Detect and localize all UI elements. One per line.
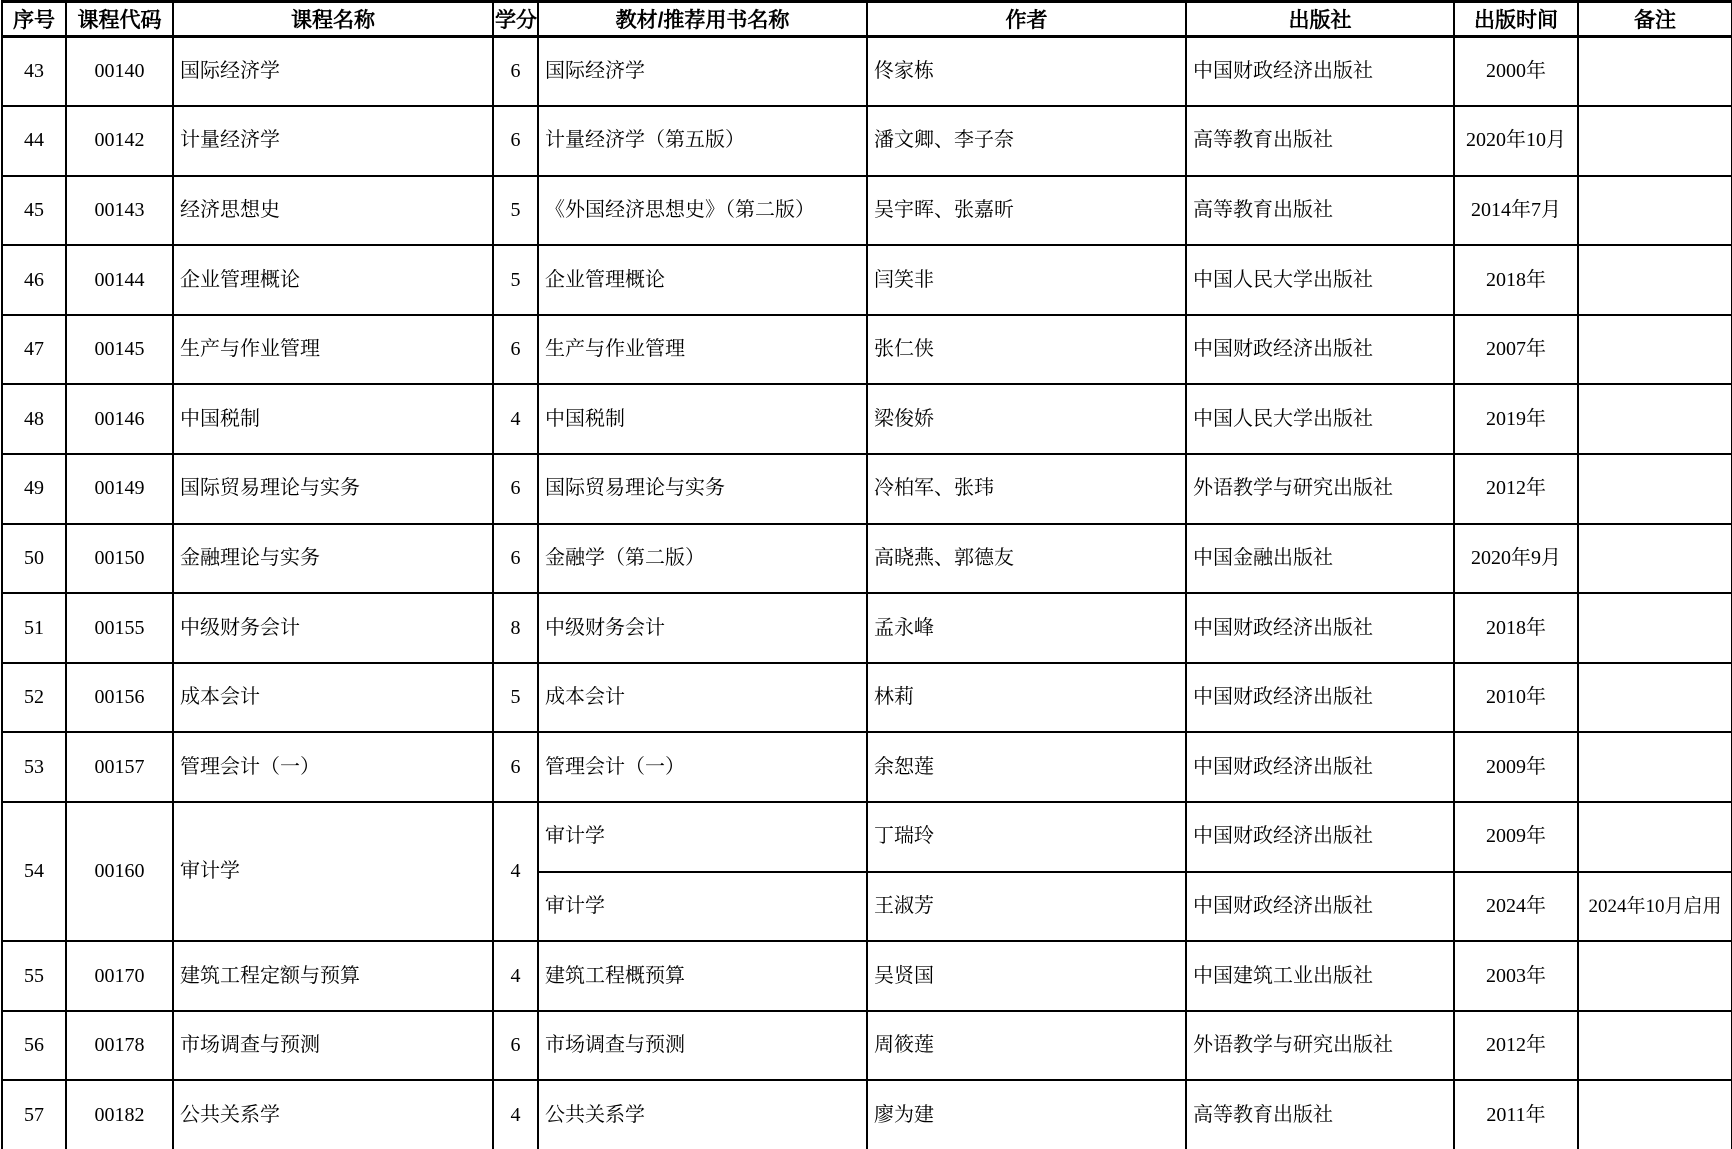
publisher-cell: 中国财政经济出版社 xyxy=(1186,663,1454,733)
index-cell: 47 xyxy=(2,315,66,385)
publisher-cell: 高等教育出版社 xyxy=(1186,176,1454,246)
pub-date-cell: 2007年 xyxy=(1454,315,1578,385)
notes-cell xyxy=(1578,1080,1732,1149)
textbook-cell: 生产与作业管理 xyxy=(538,315,867,385)
credits-cell: 6 xyxy=(493,315,538,385)
index-cell: 50 xyxy=(2,524,66,594)
pub-date-cell: 2012年 xyxy=(1454,454,1578,524)
table-row: 4500143经济思想史5《外国经济思想史》（第二版）吴宇晖、张嘉昕高等教育出版… xyxy=(2,176,1732,246)
table-row: 5200156成本会计5成本会计林莉中国财政经济出版社2010年 xyxy=(2,663,1732,733)
column-header-notes: 备注 xyxy=(1578,2,1732,37)
pub-date-cell: 2014年7月 xyxy=(1454,176,1578,246)
publisher-cell: 中国建筑工业出版社 xyxy=(1186,941,1454,1011)
credits-cell: 8 xyxy=(493,593,538,663)
publisher-cell: 高等教育出版社 xyxy=(1186,1080,1454,1149)
author-cell: 丁瑞玲 xyxy=(867,802,1186,872)
pub-date-cell: 2011年 xyxy=(1454,1080,1578,1149)
column-header-code: 课程代码 xyxy=(66,2,173,37)
credits-cell: 5 xyxy=(493,176,538,246)
notes-cell xyxy=(1578,663,1732,733)
credits-cell: 6 xyxy=(493,37,538,107)
notes-cell xyxy=(1578,315,1732,385)
credits-cell: 4 xyxy=(493,1080,538,1149)
publisher-cell: 外语教学与研究出版社 xyxy=(1186,1011,1454,1081)
table-row: 5500170建筑工程定额与预算4建筑工程概预算吴贤国中国建筑工业出版社2003… xyxy=(2,941,1732,1011)
pub-date-cell: 2018年 xyxy=(1454,593,1578,663)
author-cell: 林莉 xyxy=(867,663,1186,733)
textbook-cell: 国际经济学 xyxy=(538,37,867,107)
pub-date-cell: 2009年 xyxy=(1454,802,1578,872)
notes-cell xyxy=(1578,176,1732,246)
textbook-cell: 管理会计（一） xyxy=(538,732,867,802)
table-body: 4300140国际经济学6国际经济学佟家栋中国财政经济出版社2000年44001… xyxy=(2,37,1732,1149)
table-row: 4900149国际贸易理论与实务6国际贸易理论与实务冷柏军、张玮外语教学与研究出… xyxy=(2,454,1732,524)
course-code-cell: 00155 xyxy=(66,593,173,663)
course-code-cell: 00149 xyxy=(66,454,173,524)
course-code-cell: 00144 xyxy=(66,245,173,315)
author-cell: 闫笑非 xyxy=(867,245,1186,315)
notes-cell xyxy=(1578,802,1732,872)
textbook-cell: 国际贸易理论与实务 xyxy=(538,454,867,524)
table-row: 4600144企业管理概论5企业管理概论闫笑非中国人民大学出版社2018年 xyxy=(2,245,1732,315)
author-cell: 潘文卿、李子奈 xyxy=(867,106,1186,176)
credits-cell: 6 xyxy=(493,454,538,524)
pub-date-cell: 2010年 xyxy=(1454,663,1578,733)
course-name-cell: 金融理论与实务 xyxy=(173,524,493,594)
table-row: 5100155中级财务会计8中级财务会计孟永峰中国财政经济出版社2018年 xyxy=(2,593,1732,663)
textbook-cell: 公共关系学 xyxy=(538,1080,867,1149)
notes-cell xyxy=(1578,524,1732,594)
credits-cell: 6 xyxy=(493,732,538,802)
publisher-cell: 中国财政经济出版社 xyxy=(1186,315,1454,385)
textbook-cell: 中国税制 xyxy=(538,384,867,454)
notes-cell xyxy=(1578,37,1732,107)
course-name-cell: 管理会计（一） xyxy=(173,732,493,802)
column-header-author: 作者 xyxy=(867,2,1186,37)
column-header-pub-date: 出版时间 xyxy=(1454,2,1578,37)
index-cell: 53 xyxy=(2,732,66,802)
course-code-cell: 00178 xyxy=(66,1011,173,1081)
course-name-cell: 国际贸易理论与实务 xyxy=(173,454,493,524)
column-header-textbook: 教材/推荐用书名称 xyxy=(538,2,867,37)
index-cell: 57 xyxy=(2,1080,66,1149)
credits-cell: 6 xyxy=(493,524,538,594)
textbook-cell: 审计学 xyxy=(538,802,867,872)
table-row: 4300140国际经济学6国际经济学佟家栋中国财政经济出版社2000年 xyxy=(2,37,1732,107)
notes-cell xyxy=(1578,941,1732,1011)
course-code-cell: 00145 xyxy=(66,315,173,385)
course-code-cell: 00146 xyxy=(66,384,173,454)
textbook-cell: 审计学 xyxy=(538,872,867,942)
course-code-cell: 00143 xyxy=(66,176,173,246)
author-cell: 廖为建 xyxy=(867,1080,1186,1149)
publisher-cell: 中国财政经济出版社 xyxy=(1186,872,1454,942)
author-cell: 吴宇晖、张嘉昕 xyxy=(867,176,1186,246)
author-cell: 周筱莲 xyxy=(867,1011,1186,1081)
table-row: 5000150金融理论与实务6金融学（第二版）高晓燕、郭德友中国金融出版社202… xyxy=(2,524,1732,594)
notes-cell xyxy=(1578,1011,1732,1081)
publisher-cell: 中国人民大学出版社 xyxy=(1186,245,1454,315)
notes-cell xyxy=(1578,454,1732,524)
author-cell: 佟家栋 xyxy=(867,37,1186,107)
pub-date-cell: 2003年 xyxy=(1454,941,1578,1011)
credits-cell: 4 xyxy=(493,384,538,454)
column-header-name: 课程名称 xyxy=(173,2,493,37)
credits-cell: 4 xyxy=(493,802,538,941)
textbook-cell: 中级财务会计 xyxy=(538,593,867,663)
course-name-cell: 中级财务会计 xyxy=(173,593,493,663)
pub-date-cell: 2018年 xyxy=(1454,245,1578,315)
notes-cell xyxy=(1578,106,1732,176)
pub-date-cell: 2019年 xyxy=(1454,384,1578,454)
pub-date-cell: 2020年10月 xyxy=(1454,106,1578,176)
course-name-cell: 审计学 xyxy=(173,802,493,941)
index-cell: 52 xyxy=(2,663,66,733)
index-cell: 48 xyxy=(2,384,66,454)
textbook-cell: 建筑工程概预算 xyxy=(538,941,867,1011)
credits-cell: 5 xyxy=(493,245,538,315)
notes-cell: 2024年10月启用 xyxy=(1578,872,1732,942)
textbook-cell: 金融学（第二版） xyxy=(538,524,867,594)
index-cell: 43 xyxy=(2,37,66,107)
author-cell: 冷柏军、张玮 xyxy=(867,454,1186,524)
credits-cell: 5 xyxy=(493,663,538,733)
index-cell: 56 xyxy=(2,1011,66,1081)
pub-date-cell: 2009年 xyxy=(1454,732,1578,802)
table-row: 4400142计量经济学6计量经济学（第五版）潘文卿、李子奈高等教育出版社202… xyxy=(2,106,1732,176)
author-cell: 吴贤国 xyxy=(867,941,1186,1011)
course-name-cell: 计量经济学 xyxy=(173,106,493,176)
publisher-cell: 中国人民大学出版社 xyxy=(1186,384,1454,454)
publisher-cell: 中国金融出版社 xyxy=(1186,524,1454,594)
course-code-cell: 00170 xyxy=(66,941,173,1011)
table-row: 5400160审计学4审计学丁瑞玲中国财政经济出版社2009年 xyxy=(2,802,1732,872)
course-name-cell: 国际经济学 xyxy=(173,37,493,107)
course-name-cell: 中国税制 xyxy=(173,384,493,454)
index-cell: 51 xyxy=(2,593,66,663)
publisher-cell: 外语教学与研究出版社 xyxy=(1186,454,1454,524)
credits-cell: 4 xyxy=(493,941,538,1011)
course-name-cell: 经济思想史 xyxy=(173,176,493,246)
column-header-credits: 学分 xyxy=(493,2,538,37)
course-code-cell: 00142 xyxy=(66,106,173,176)
textbook-cell: 市场调查与预测 xyxy=(538,1011,867,1081)
course-name-cell: 市场调查与预测 xyxy=(173,1011,493,1081)
course-code-cell: 00156 xyxy=(66,663,173,733)
table-row: 5700182公共关系学4公共关系学廖为建高等教育出版社2011年 xyxy=(2,1080,1732,1149)
credits-cell: 6 xyxy=(493,106,538,176)
author-cell: 梁俊娇 xyxy=(867,384,1186,454)
index-cell: 46 xyxy=(2,245,66,315)
publisher-cell: 中国财政经济出版社 xyxy=(1186,732,1454,802)
index-cell: 54 xyxy=(2,802,66,941)
column-header-publisher: 出版社 xyxy=(1186,2,1454,37)
textbook-cell: 《外国经济思想史》（第二版） xyxy=(538,176,867,246)
table-row: 4800146中国税制4中国税制梁俊娇中国人民大学出版社2019年 xyxy=(2,384,1732,454)
index-cell: 55 xyxy=(2,941,66,1011)
index-cell: 49 xyxy=(2,454,66,524)
author-cell: 余恕莲 xyxy=(867,732,1186,802)
author-cell: 张仁侠 xyxy=(867,315,1186,385)
header-row: 序号课程代码课程名称学分教材/推荐用书名称作者出版社出版时间备注 xyxy=(2,2,1732,37)
notes-cell xyxy=(1578,593,1732,663)
table-row: 5300157管理会计（一）6管理会计（一）余恕莲中国财政经济出版社2009年 xyxy=(2,732,1732,802)
course-name-cell: 成本会计 xyxy=(173,663,493,733)
column-header-index: 序号 xyxy=(2,2,66,37)
course-code-cell: 00140 xyxy=(66,37,173,107)
textbook-cell: 计量经济学（第五版） xyxy=(538,106,867,176)
pub-date-cell: 2000年 xyxy=(1454,37,1578,107)
course-name-cell: 公共关系学 xyxy=(173,1080,493,1149)
notes-cell xyxy=(1578,384,1732,454)
notes-cell xyxy=(1578,732,1732,802)
pub-date-cell: 2020年9月 xyxy=(1454,524,1578,594)
course-code-cell: 00160 xyxy=(66,802,173,941)
pub-date-cell: 2024年 xyxy=(1454,872,1578,942)
course-name-cell: 建筑工程定额与预算 xyxy=(173,941,493,1011)
publisher-cell: 中国财政经济出版社 xyxy=(1186,802,1454,872)
author-cell: 王淑芳 xyxy=(867,872,1186,942)
course-code-cell: 00182 xyxy=(66,1080,173,1149)
course-name-cell: 生产与作业管理 xyxy=(173,315,493,385)
index-cell: 44 xyxy=(2,106,66,176)
textbook-cell: 成本会计 xyxy=(538,663,867,733)
table-row: 4700145生产与作业管理6生产与作业管理张仁侠中国财政经济出版社2007年 xyxy=(2,315,1732,385)
publisher-cell: 中国财政经济出版社 xyxy=(1186,593,1454,663)
course-name-cell: 企业管理概论 xyxy=(173,245,493,315)
publisher-cell: 高等教育出版社 xyxy=(1186,106,1454,176)
credits-cell: 6 xyxy=(493,1011,538,1081)
author-cell: 孟永峰 xyxy=(867,593,1186,663)
pub-date-cell: 2012年 xyxy=(1454,1011,1578,1081)
course-code-cell: 00157 xyxy=(66,732,173,802)
index-cell: 45 xyxy=(2,176,66,246)
course-code-cell: 00150 xyxy=(66,524,173,594)
textbook-cell: 企业管理概论 xyxy=(538,245,867,315)
notes-cell xyxy=(1578,245,1732,315)
author-cell: 高晓燕、郭德友 xyxy=(867,524,1186,594)
course-table: 序号课程代码课程名称学分教材/推荐用书名称作者出版社出版时间备注 4300140… xyxy=(1,0,1732,1149)
table-header: 序号课程代码课程名称学分教材/推荐用书名称作者出版社出版时间备注 xyxy=(2,2,1732,37)
table-row: 5600178市场调查与预测6市场调查与预测周筱莲外语教学与研究出版社2012年 xyxy=(2,1011,1732,1081)
publisher-cell: 中国财政经济出版社 xyxy=(1186,37,1454,107)
